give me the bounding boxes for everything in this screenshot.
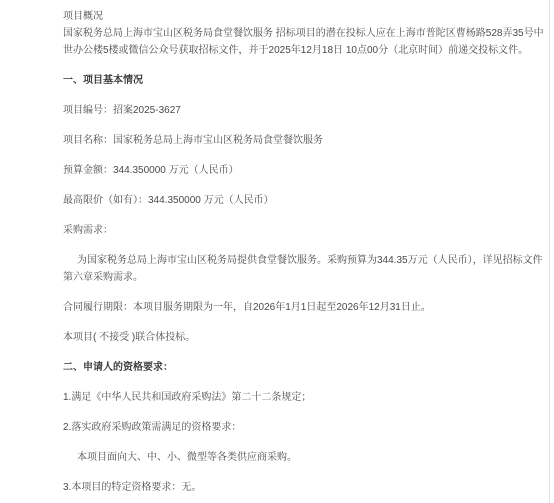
qualification-item-2-detail: 本项目面向大、中、小、微型等各类供应商采购。 xyxy=(63,449,552,466)
budget-amount: 预算金额：344.350000 万元（人民币） xyxy=(63,162,552,179)
procurement-requirement-label: 采购需求： xyxy=(63,222,552,239)
qualification-item-1: 1.满足《中华人民共和国政府采购法》第二十二条规定； xyxy=(63,389,552,406)
section-2-heading: 二、申请人的资格要求： xyxy=(63,359,552,376)
section-1-heading: 一、项目基本情况 xyxy=(63,72,552,89)
qualification-item-2: 2.落实政府采购政策需满足的资格要求： xyxy=(63,419,552,436)
contract-period: 合同履行期限：本项目服务期限为一年，自2026年1月1日起至2026年12月31… xyxy=(63,299,552,316)
max-price-limit: 最高限价（如有）：344.350000 万元（人民币） xyxy=(63,192,552,209)
overview-title: 项目概况 xyxy=(63,8,552,25)
qualification-item-3: 3.本项目的特定资格要求：无。 xyxy=(63,479,552,496)
tender-notice-document: 项目概况 国家税务总局上海市宝山区税务局食堂餐饮服务 招标项目的潜在投标人应在上… xyxy=(0,0,554,496)
overview-paragraph: 国家税务总局上海市宝山区税务局食堂餐饮服务 招标项目的潜在投标人应在上海市普陀区… xyxy=(63,25,552,59)
consortium-bidding-statement: 本项目( 不接受 )联合体投标。 xyxy=(63,329,552,346)
content-right-border xyxy=(549,0,550,503)
project-name: 项目名称：国家税务总局上海市宝山区税务局食堂餐饮服务 xyxy=(63,132,552,149)
project-number: 项目编号：招案2025-3627 xyxy=(63,102,552,119)
procurement-requirement-body: 为国家税务总局上海市宝山区税务局提供食堂餐饮服务。采购预算为344.35万元（人… xyxy=(63,252,552,286)
